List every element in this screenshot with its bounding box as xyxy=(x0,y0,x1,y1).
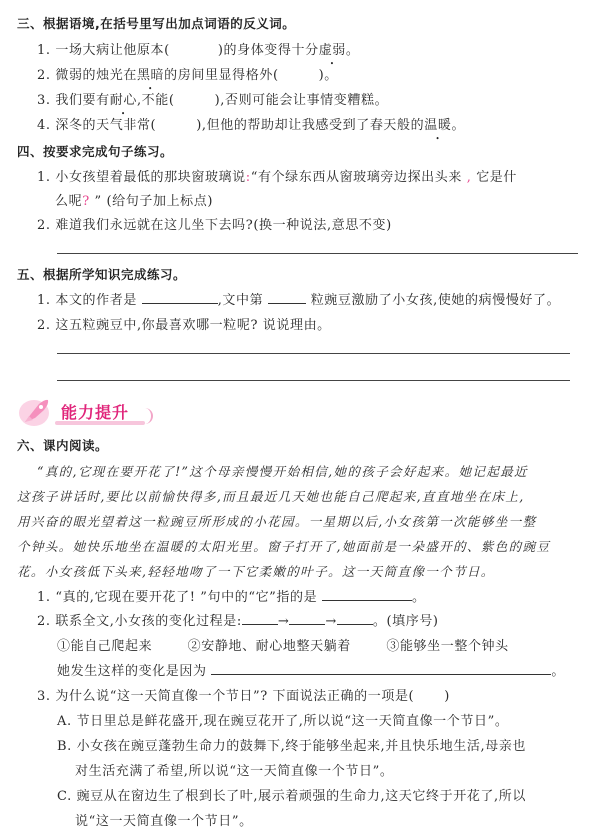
s4-item-1-line2: 么呢? ” (给句子加上标点) xyxy=(55,190,213,209)
item-number: 1. xyxy=(37,590,51,605)
choice-b[interactable]: B. 小女孩在豌豆蓬勃生命力的鼓舞下,终于能够坐起来,并且快乐地生活,母亲也 xyxy=(57,735,526,754)
choice-b-cont: 对生活充满了希望,所以说“这一天简直像一个节日”。 xyxy=(75,760,393,779)
choice-c[interactable]: C. 豌豆从在窗边生了根到长了叶,展示着顽强的生命力,这天它终于开花了,所以 xyxy=(57,785,526,804)
dotted-word: 黑暗 xyxy=(137,64,164,83)
q2-reason: 她发生这样的变化是因为 。 xyxy=(57,660,565,679)
section-3-title: 三、根据语境,在括号里写出加点词语的反义词。 xyxy=(17,14,295,32)
choice-label: C. xyxy=(57,789,72,804)
answer-line[interactable] xyxy=(57,380,570,381)
question-mark: ? xyxy=(82,194,90,209)
passage-line: 这孩子讲话时,要比以前愉快得多,而且最近几天她也能自己爬起来,直直地坐在床上, xyxy=(17,486,525,505)
item-number: 1. xyxy=(37,170,51,185)
s3-item-2: 2. 微弱的烛光在黑暗的房间里显得格外()。 xyxy=(37,64,338,83)
item-number: 3. xyxy=(37,689,51,704)
banner-curl xyxy=(141,408,153,424)
q2: 2. 联系全文,小女孩的变化过程是:→→。(填序号) xyxy=(37,610,439,629)
item-number: 1. xyxy=(37,43,51,58)
arrow-icon: → xyxy=(325,614,337,629)
passage-line: 个钟头。她快乐地坐在温暖的太阳光里。窗子打开了,她面前是一朵盛开的、紫色的豌豆 xyxy=(17,536,550,555)
ability-banner: 能力提升 xyxy=(17,396,167,428)
instruction-note: (给句子加上标点) xyxy=(107,194,214,209)
item-number: 2. xyxy=(37,318,51,333)
s4-item-1-line1: 1. 小女孩望着最低的那块窗玻璃说:“有个绿东西从窗玻璃旁边探出头来 , 它是什 xyxy=(37,166,517,185)
s3-item-4: 4. 深冬的天气非常(),但他的帮助却让我感受到了春天般的温暖。 xyxy=(37,114,465,133)
s5-item-1: 1. 本文的作者是 ,文中第 粒豌豆激励了小女孩,使她的病慢慢好了。 xyxy=(37,289,560,308)
dotted-word: 耐心 xyxy=(110,89,137,108)
author-blank[interactable] xyxy=(142,291,218,304)
dotted-word: 虚弱 xyxy=(319,39,346,58)
s5-item-2: 2. 这五粒豌豆中,你最喜欢哪一粒呢? 说说理由。 xyxy=(37,314,331,333)
answer-line[interactable] xyxy=(57,253,578,254)
answer-line[interactable] xyxy=(57,353,570,354)
s3-item-1: 1. 一场大病让他原本()的身体变得十分虚弱。 xyxy=(37,39,360,58)
item-number: 4. xyxy=(37,118,51,133)
q1: 1. “真的,它现在要开花了! ”句中的“它”指的是 。 xyxy=(37,586,426,605)
sequence-blank-3[interactable] xyxy=(337,612,373,625)
q3: 3. 为什么说“这一天简直像一个节日”? 下面说法正确的一项是() xyxy=(37,685,450,704)
sequence-blank-2[interactable] xyxy=(289,612,325,625)
item-number: 2. xyxy=(37,68,51,83)
section-6-title: 六、课内阅读。 xyxy=(17,436,108,454)
s3-item-3: 3. 我们要有耐心,不能(),否则可能会让事情变糟糕。 xyxy=(37,89,388,108)
s4-item-2: 2. 难道我们永远就在这儿坐下去吗?(换一种说法,意思不变) xyxy=(37,214,392,233)
sequence-blank-1[interactable] xyxy=(242,612,278,625)
choice-label: B. xyxy=(57,739,72,754)
choice-c-cont: 说“这一天简直像一个节日”。 xyxy=(75,810,253,829)
q2-options: ①能自己爬起来 ②安静地、耐心地整天躺着 ③能够坐一整个钟头 xyxy=(57,635,509,654)
passage-line: 用兴奋的眼光望着这一粒豌豆所形成的小花园。一星期以后,小女孩第一次能够坐一整 xyxy=(17,511,536,530)
comma-mark: , xyxy=(467,170,472,185)
reason-blank[interactable] xyxy=(211,662,551,675)
item-number: 2. xyxy=(37,614,51,629)
option-3: ③能够坐一整个钟头 xyxy=(386,639,508,654)
answer-blank[interactable] xyxy=(322,588,412,601)
option-2: ②安静地、耐心地整天躺着 xyxy=(188,639,351,654)
pea-number-blank[interactable] xyxy=(268,291,306,304)
item-number: 2. xyxy=(37,218,51,233)
section-4-title: 四、按要求完成句子练习。 xyxy=(17,142,173,160)
arrow-icon: → xyxy=(278,614,290,629)
item-number: 3. xyxy=(37,93,51,108)
passage-line: “真的,它现在要开花了!”这个母亲慢慢开始相信,她的孩子会好起来。她记起最近 xyxy=(37,461,528,480)
passage-line: 花。小女孩低下头来,轻轻地吻了一下它柔嫩的叶子。这一天简直像一个节日。 xyxy=(17,561,495,580)
section-5-title: 五、根据所学知识完成练习。 xyxy=(17,265,186,283)
dotted-word: 温暖 xyxy=(424,114,451,133)
choice-a[interactable]: A. 节日里总是鲜花盛开,现在豌豆花开了,所以说“这一天简直像一个节日”。 xyxy=(57,710,508,729)
item-number: 1. xyxy=(37,293,51,308)
banner-title: 能力提升 xyxy=(61,400,129,423)
rocket-icon xyxy=(17,396,53,428)
option-1: ①能自己爬起来 xyxy=(57,639,152,654)
choice-label: A. xyxy=(57,714,72,729)
